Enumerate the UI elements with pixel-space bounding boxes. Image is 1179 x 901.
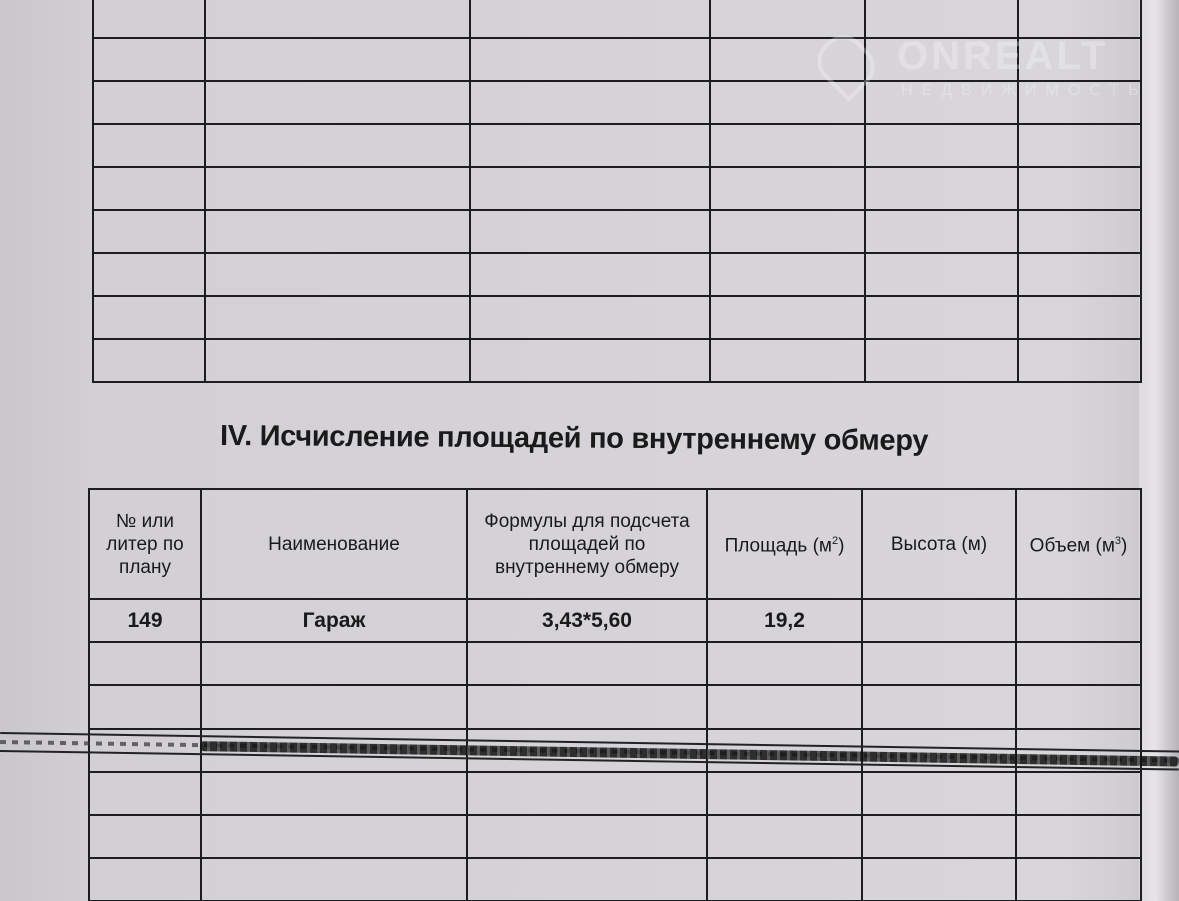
table-row [89, 858, 1141, 901]
cell-area [707, 642, 862, 685]
table-cell [1018, 38, 1141, 81]
table-cell [205, 339, 470, 382]
table-cell [93, 0, 205, 38]
table-cell [205, 124, 470, 167]
table-row [89, 685, 1141, 729]
table-cell [865, 167, 1018, 210]
cell-area: 19,2 [707, 599, 862, 642]
cell-number [89, 685, 201, 729]
table-cell [710, 124, 865, 167]
area-calculation-table: № или литер по плану Наименование Формул… [88, 488, 1142, 901]
cell-number: 149 [89, 599, 201, 642]
table-cell [470, 253, 710, 296]
table-cell [470, 167, 710, 210]
cell-height [862, 815, 1016, 858]
table-cell [205, 253, 470, 296]
table-row [89, 642, 1141, 685]
cell-area [707, 685, 862, 729]
cell-number [89, 815, 201, 858]
table-cell [710, 339, 865, 382]
cell-volume [1016, 772, 1141, 815]
previous-section-table [92, 0, 1142, 383]
header-volume: Объем (м3) [1016, 489, 1141, 599]
table-cell [93, 124, 205, 167]
table-cell [710, 210, 865, 253]
table-cell [1018, 167, 1141, 210]
header-name: Наименование [201, 489, 467, 599]
cell-formula [467, 642, 707, 685]
table-cell [93, 38, 205, 81]
cell-name: Гараж [201, 599, 467, 642]
table-cell [710, 81, 865, 124]
table-cell [205, 81, 470, 124]
header-area: Площадь (м2) [707, 489, 862, 599]
cell-height [862, 858, 1016, 901]
section-title: IV. Исчисление площадей по внутреннему о… [220, 420, 1020, 459]
table-cell [93, 296, 205, 339]
cell-height [862, 642, 1016, 685]
table-row: 149Гараж3,43*5,6019,2 [89, 599, 1141, 642]
header-height: Высота (м) [862, 489, 1016, 599]
table-cell [865, 296, 1018, 339]
table-cell [470, 339, 710, 382]
cell-area [707, 772, 862, 815]
cell-name [201, 815, 467, 858]
table-cell [93, 210, 205, 253]
table-cell [205, 38, 470, 81]
table-cell [865, 0, 1018, 38]
cell-volume [1016, 858, 1141, 901]
table-cell [93, 253, 205, 296]
cell-number [89, 772, 201, 815]
cell-volume [1016, 599, 1141, 642]
table-cell [710, 0, 865, 38]
table-cell [93, 339, 205, 382]
table-cell [865, 124, 1018, 167]
table-cell [865, 210, 1018, 253]
table-cell [1018, 124, 1141, 167]
cell-volume [1016, 815, 1141, 858]
table-cell [710, 296, 865, 339]
table-row [93, 253, 1141, 296]
table-cell [1018, 0, 1141, 38]
table-cell [93, 167, 205, 210]
table-cell [1018, 253, 1141, 296]
cell-height [862, 685, 1016, 729]
cell-formula [467, 685, 707, 729]
table-row [93, 167, 1141, 210]
table-cell [470, 210, 710, 253]
table-cell [470, 38, 710, 81]
cell-name [201, 685, 467, 729]
table-cell [470, 296, 710, 339]
cell-volume [1016, 642, 1141, 685]
header-formula: Формулы для подсчета площадей по внутрен… [467, 489, 707, 599]
table-cell [470, 81, 710, 124]
table-row [93, 38, 1141, 81]
cell-formula [467, 815, 707, 858]
table-cell [205, 167, 470, 210]
table-cell [710, 253, 865, 296]
table-header-row: № или литер по плану Наименование Формул… [89, 489, 1141, 599]
table-cell [93, 81, 205, 124]
table-cell [470, 0, 710, 38]
table-row [93, 124, 1141, 167]
cell-name [201, 772, 467, 815]
table-row [93, 81, 1141, 124]
table-row [93, 210, 1141, 253]
cell-number [89, 642, 201, 685]
table-cell [1018, 81, 1141, 124]
table-row [89, 815, 1141, 858]
table-cell [1018, 210, 1141, 253]
cell-name [201, 642, 467, 685]
cell-name [201, 858, 467, 901]
table-cell [865, 339, 1018, 382]
cell-number [89, 858, 201, 901]
table-row [89, 772, 1141, 815]
cell-height [862, 599, 1016, 642]
table-cell [1018, 339, 1141, 382]
cell-formula [467, 858, 707, 901]
table-cell [865, 81, 1018, 124]
table-cell [205, 0, 470, 38]
table-cell [1018, 296, 1141, 339]
header-number: № или литер по плану [89, 489, 201, 599]
table-cell [205, 296, 470, 339]
cell-volume [1016, 685, 1141, 729]
cell-area [707, 815, 862, 858]
table-row [93, 296, 1141, 339]
table-row [93, 339, 1141, 382]
cell-formula [467, 772, 707, 815]
table-cell [205, 210, 470, 253]
table-cell [710, 38, 865, 81]
cell-formula: 3,43*5,60 [467, 599, 707, 642]
table-cell [865, 253, 1018, 296]
table-row [93, 0, 1141, 38]
cell-height [862, 772, 1016, 815]
table-cell [865, 38, 1018, 81]
table-cell [710, 167, 865, 210]
table-cell [470, 124, 710, 167]
cell-area [707, 858, 862, 901]
